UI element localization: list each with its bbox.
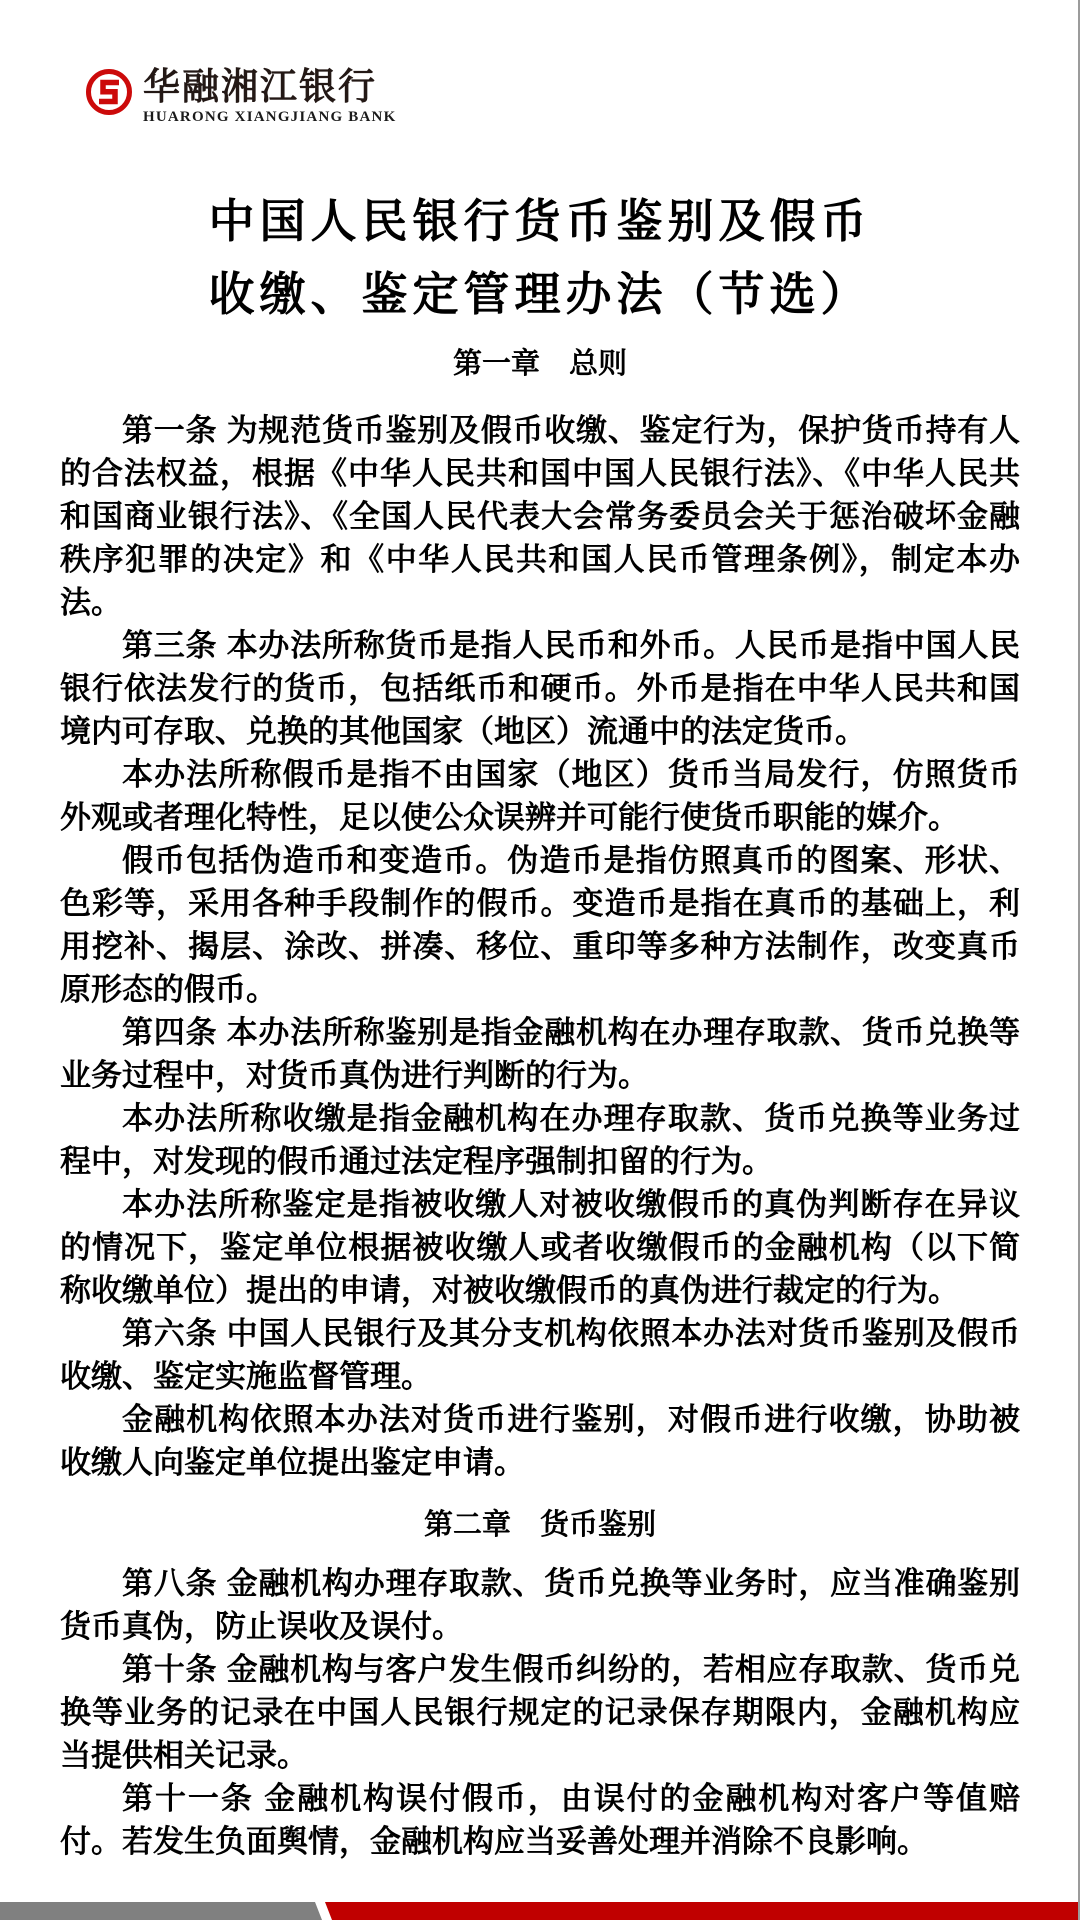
doc-paragraph: 本办法所称收缴是指金融机构在办理存取款、货币兑换等业务过程中，对发现的假币通过法… <box>60 1097 1020 1183</box>
doc-paragraph: 第十一条 金融机构误付假币，由误付的金融机构对客户等值赔付。若发生负面舆情，金融… <box>60 1777 1020 1863</box>
poster-page: 华融湘江银行 HUARONG XIANGJIANG BANK 中国人民银行货币鉴… <box>0 0 1080 1920</box>
bank-name-en: HUARONG XIANGJIANG BANK <box>143 109 396 125</box>
doc-paragraph: 第一条 为规范货币鉴别及假币收缴、鉴定行为，保护货币持有人的合法权益，根据《中华… <box>60 409 1020 624</box>
doc-paragraph: 第六条 中国人民银行及其分支机构依照本办法对货币鉴别及假币收缴、鉴定实施监督管理… <box>60 1312 1020 1398</box>
doc-paragraph: 第十条 金融机构与客户发生假币纠纷的，若相应存取款、货币兑换等业务的记录在中国人… <box>60 1648 1020 1777</box>
doc-paragraph: 假币包括伪造币和变造币。伪造币是指仿照真币的图案、形状、色彩等，采用各种手段制作… <box>60 839 1020 1011</box>
section-2-heading: 第二章 货币鉴别 <box>60 1506 1020 1544</box>
doc-paragraph: 第四条 本办法所称鉴别是指金融机构在办理存取款、货币兑换等业务过程中，对货币真伪… <box>60 1011 1020 1097</box>
footer-gray-segment <box>0 1902 330 1920</box>
doc-paragraph: 第八条 金融机构办理存取款、货币兑换等业务时，应当准确鉴别货币真伪，防止误收及误… <box>60 1562 1020 1648</box>
section-1-heading: 第一章 总则 <box>60 345 1020 383</box>
document-title: 中国人民银行货币鉴别及假币 收缴、鉴定管理办法（节选） <box>60 185 1020 331</box>
document-body: 中国人民银行货币鉴别及假币 收缴、鉴定管理办法（节选） 第一章 总则 第一条 为… <box>60 185 1020 1863</box>
bank-logo: 华融湘江银行 HUARONG XIANGJIANG BANK <box>85 68 396 126</box>
doc-paragraph: 第三条 本办法所称货币是指人民币和外币。人民币是指中国人民银行依法发行的货币，包… <box>60 624 1020 753</box>
bank-logo-icon <box>85 68 133 116</box>
document-title-line2: 收缴、鉴定管理办法（节选） <box>60 258 1020 331</box>
footer-bar <box>0 1902 1078 1920</box>
doc-paragraph: 金融机构依照本办法对货币进行鉴别，对假币进行收缴，协助被收缴人向鉴定单位提出鉴定… <box>60 1398 1020 1484</box>
bank-name-cn: 华融湘江银行 <box>143 67 377 108</box>
doc-paragraph: 本办法所称鉴定是指被收缴人对被收缴假币的真伪判断存在异议的情况下，鉴定单位根据被… <box>60 1183 1020 1312</box>
doc-paragraph: 本办法所称假币是指不由国家（地区）货币当局发行，仿照货币外观或者理化特性，足以使… <box>60 753 1020 839</box>
document-title-line1: 中国人民银行货币鉴别及假币 <box>60 185 1020 258</box>
